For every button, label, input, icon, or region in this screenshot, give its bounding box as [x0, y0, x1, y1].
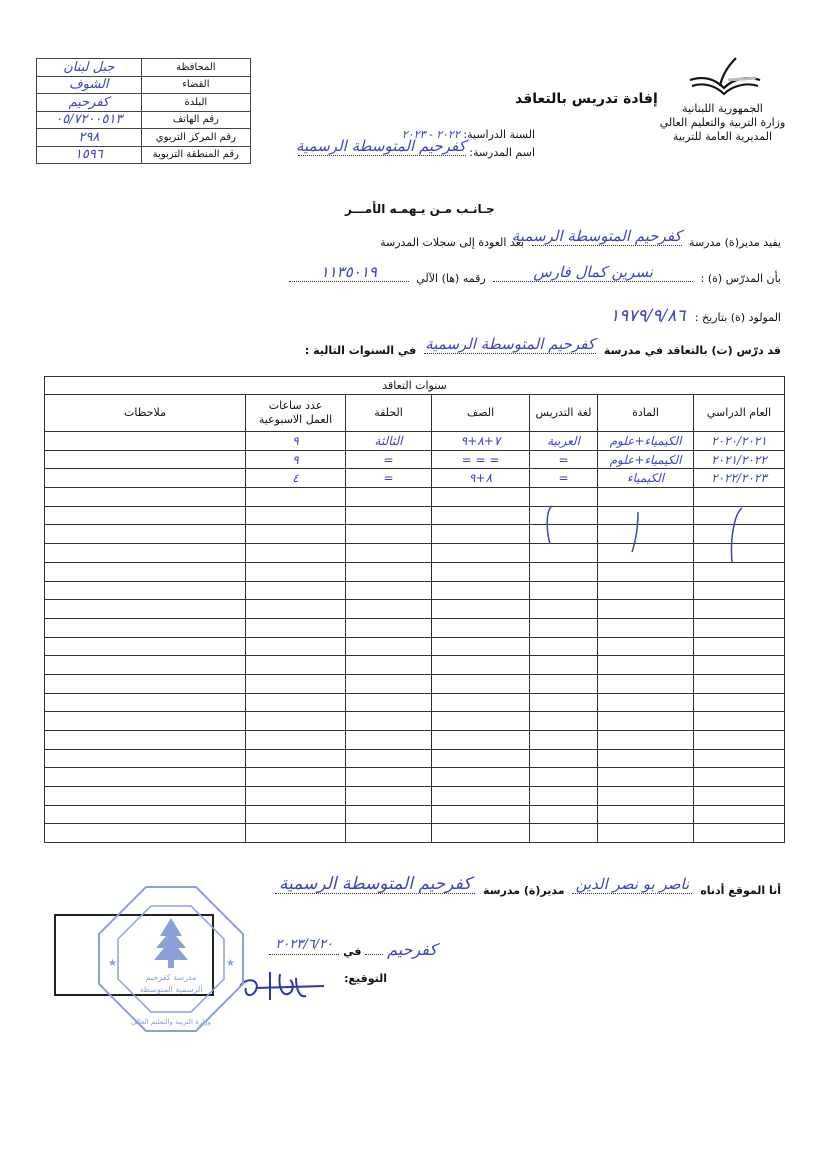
ministry-book-logo-icon	[688, 56, 762, 100]
empty-cell	[598, 805, 694, 824]
ministry-line: المديرية العامة للتربية	[640, 130, 805, 144]
cell-subject: الكيمياء	[598, 469, 694, 488]
empty-cell	[694, 618, 785, 637]
cell-subject: الكيمياء+علوم	[598, 450, 694, 469]
ministry-header: الجمهورية اللبنانية وزارة التربية والتعل…	[640, 102, 805, 144]
empty-cell	[246, 749, 346, 768]
ministry-line: وزارة التربية والتعليم العالي	[640, 116, 805, 130]
empty-cell	[432, 787, 530, 806]
ministry-line: الجمهورية اللبنانية	[640, 102, 805, 116]
empty-cell	[530, 805, 598, 824]
empty-cell	[45, 768, 246, 787]
empty-cell	[598, 749, 694, 768]
empty-cell	[45, 805, 246, 824]
empty-cell	[246, 525, 346, 544]
taught-at-line: قد درّس (ت) بالتعاقد في مدرسة كفرحيم الم…	[305, 342, 781, 357]
line4-school-value: كفرحيم المتوسطة الرسمية	[424, 335, 596, 353]
empty-cell	[246, 731, 346, 750]
empty-cell	[530, 787, 598, 806]
empty-cell	[598, 656, 694, 675]
empty-cell	[598, 787, 694, 806]
table-row-empty	[45, 693, 785, 712]
director-label: مدير(ة) مدرسة	[483, 884, 565, 897]
empty-cell	[598, 581, 694, 600]
col-header-year: العام الدراسي	[694, 395, 785, 432]
empty-cell	[246, 805, 346, 824]
empty-cell	[432, 712, 530, 731]
line1-school-value: كفرحيم المتوسطة الرسمية	[532, 227, 682, 245]
empty-cell	[432, 637, 530, 656]
empty-cell	[45, 525, 246, 544]
teacher-name-field: نسرين كمال فارس	[493, 270, 693, 282]
empty-cell	[45, 693, 246, 712]
empty-cell	[694, 637, 785, 656]
empty-cell	[346, 506, 432, 525]
empty-cell	[346, 544, 432, 563]
teacher-line: بأن المدرّس (ة) : نسرين كمال فارس رقمه (…	[285, 270, 781, 285]
empty-cell	[45, 731, 246, 750]
empty-cell	[694, 787, 785, 806]
table-row-empty	[45, 637, 785, 656]
info-value: ٠٥/٧٢٠٠٥١٣	[37, 111, 142, 129]
info-row-phone: رقم الهاتف ٠٥/٧٢٠٠٥١٣	[37, 111, 251, 129]
cell-cycle: الثالثة	[346, 432, 432, 451]
table-row-empty	[45, 787, 785, 806]
signer-prefix: أنا الموقع أدناه	[700, 884, 781, 897]
info-label: رقم الهاتف	[141, 111, 250, 129]
empty-cell	[530, 731, 598, 750]
concern-heading: جـانـب مـن يـهمـه الأمـــر	[345, 202, 495, 216]
signer-name-field: ناصر بو نصر الدين	[572, 882, 692, 894]
cell-class: ٧+٨+٩	[432, 432, 530, 451]
line4-school-field: كفرحيم المتوسطة الرسمية	[424, 342, 596, 354]
empty-cell	[694, 731, 785, 750]
empty-cell	[45, 787, 246, 806]
cell-notes	[45, 469, 246, 488]
empty-cell	[694, 805, 785, 824]
empty-cell	[346, 581, 432, 600]
empty-cell	[346, 525, 432, 544]
empty-cell	[246, 656, 346, 675]
empty-cell	[530, 824, 598, 843]
place-dots	[365, 943, 383, 955]
teacher-number-field: ١١٣٥٠١٩	[289, 270, 409, 282]
empty-cell	[45, 824, 246, 843]
empty-cell	[346, 712, 432, 731]
cell-year: ٢٠٢١/٢٠٢٢	[694, 450, 785, 469]
empty-cell	[598, 824, 694, 843]
empty-cell	[246, 637, 346, 656]
line1-suffix: بعد العودة إلى سجلات المدرسة	[380, 236, 524, 249]
empty-cell	[530, 656, 598, 675]
empty-cell	[598, 693, 694, 712]
table-row-empty	[45, 731, 785, 750]
teacher-name-value: نسرين كمال فارس	[493, 263, 693, 281]
empty-cell	[530, 618, 598, 637]
cell-year: ٢٠٢٠/٢٠٢١	[694, 432, 785, 451]
empty-cell	[45, 749, 246, 768]
info-label: البلدة	[141, 94, 250, 112]
empty-cell	[346, 562, 432, 581]
empty-cell	[530, 693, 598, 712]
empty-cell	[530, 581, 598, 600]
cell-notes	[45, 432, 246, 451]
empty-cell	[432, 544, 530, 563]
empty-cell	[432, 600, 530, 619]
empty-cell	[346, 488, 432, 507]
empty-cell	[346, 768, 432, 787]
empty-cell	[432, 731, 530, 750]
info-value: ١٥٩٦	[37, 146, 142, 164]
table-row-empty	[45, 674, 785, 693]
empty-cell	[694, 600, 785, 619]
empty-cell	[45, 581, 246, 600]
empty-cell	[432, 656, 530, 675]
empty-cell	[45, 562, 246, 581]
line2-prefix: بأن المدرّس (ة) :	[701, 272, 781, 285]
svg-text:★: ★	[108, 958, 117, 969]
cell-cycle: =	[346, 450, 432, 469]
cell-hours: ٩	[246, 432, 346, 451]
date-value: ٢٠٢٣/٦/٢٠	[269, 936, 339, 954]
info-label: المحافظة	[141, 59, 250, 77]
signer-name-value: ناصر بو نصر الدين	[572, 875, 692, 893]
table-header-row: العام الدراسي المادة لغة التدريس الصف ال…	[45, 395, 785, 432]
table-row-empty	[45, 600, 785, 619]
empty-cell	[432, 674, 530, 693]
empty-cell	[246, 600, 346, 619]
cell-notes	[45, 450, 246, 469]
table-row-empty	[45, 805, 785, 824]
empty-cell	[45, 712, 246, 731]
col-header-hours: عدد ساعات العمل الاسبوعية	[246, 395, 346, 432]
stamp-line-1: مدرسة كفرحيم	[146, 973, 197, 982]
school-name-value: كفرحيم المتوسطة الرسمية	[298, 137, 466, 155]
empty-cell	[432, 488, 530, 507]
info-label: رقم المنطقة التربوية	[141, 146, 250, 164]
table-row-empty	[45, 581, 785, 600]
cell-language: العربية	[530, 432, 598, 451]
empty-cell	[598, 600, 694, 619]
empty-cell	[246, 544, 346, 563]
info-row-governorate: المحافظة جبل لبنان	[37, 59, 251, 77]
director-statement-line: يفيد مدير(ة) مدرسة كفرحيم المتوسطة الرسم…	[380, 234, 781, 249]
empty-cell	[530, 712, 598, 731]
document-title: إفادة تدريس بالتعاقد	[515, 91, 658, 107]
empty-cell	[246, 488, 346, 507]
empty-cell	[45, 600, 246, 619]
line4-suffix: في السنوات التالية :	[305, 344, 416, 357]
cell-hours: ٩	[246, 450, 346, 469]
info-row-region-number: رقم المنطقة التربوية ١٥٩٦	[37, 146, 251, 164]
line4-prefix: قد درّس (ت) بالتعاقد في مدرسة	[604, 344, 781, 357]
empty-cell	[598, 674, 694, 693]
empty-cell	[694, 581, 785, 600]
signature-label: التوقيع:	[344, 972, 387, 985]
empty-cell	[432, 768, 530, 787]
info-label: القضاء	[141, 76, 250, 94]
table-row-empty	[45, 656, 785, 675]
cell-cycle: =	[346, 469, 432, 488]
empty-cell	[246, 506, 346, 525]
empty-cell	[246, 581, 346, 600]
empty-cell	[45, 488, 246, 507]
line1-prefix: يفيد مدير(ة) مدرسة	[689, 236, 781, 249]
empty-cell	[45, 656, 246, 675]
empty-cell	[432, 581, 530, 600]
signature-line: التوقيع:	[344, 972, 387, 985]
stamp-ring-text: وزارة التربية والتعليم العالي	[131, 1018, 211, 1026]
col-header-subject: المادة	[598, 395, 694, 432]
info-row-center-number: رقم المركز التربوي ٢٩٨	[37, 129, 251, 147]
empty-cell	[694, 656, 785, 675]
empty-cell	[346, 618, 432, 637]
contract-years-table: سنوات التعاقد العام الدراسي المادة لغة ا…	[44, 376, 785, 843]
school-name-field: كفرحيم المتوسطة الرسمية	[298, 144, 466, 156]
academic-year-label: السنة الدراسية:	[463, 128, 535, 141]
info-row-district: القضاء الشوف	[37, 76, 251, 94]
empty-cell	[530, 749, 598, 768]
stamp-line-2: الرسمية المتوسطة	[139, 985, 202, 994]
col-header-notes: ملاحظات	[45, 395, 246, 432]
birth-date-line: المولود (ة) بتاريخ : ١٩٧٩/٩/٨٦	[610, 306, 781, 326]
empty-cell	[346, 805, 432, 824]
empty-cell	[45, 637, 246, 656]
empty-cell	[45, 544, 246, 563]
info-label: رقم المركز التربوي	[141, 129, 250, 147]
empty-cell	[346, 824, 432, 843]
empty-cell	[694, 749, 785, 768]
table-row: ٢٠٢١/٢٠٢٢ الكيمياء+علوم = = = = = ٩	[45, 450, 785, 469]
table-caption: سنوات التعاقد	[45, 377, 785, 395]
empty-cell	[346, 787, 432, 806]
cell-language: =	[530, 450, 598, 469]
empty-cell	[694, 693, 785, 712]
empty-cell	[246, 787, 346, 806]
empty-cell	[346, 749, 432, 768]
empty-cell	[346, 600, 432, 619]
empty-cell	[432, 749, 530, 768]
col-header-class: الصف	[432, 395, 530, 432]
empty-cell	[432, 562, 530, 581]
handwritten-signature-icon	[236, 966, 328, 1006]
empty-cell	[598, 618, 694, 637]
empty-cell	[346, 731, 432, 750]
empty-cell	[694, 824, 785, 843]
cell-class: = = =	[432, 450, 530, 469]
empty-cell	[432, 693, 530, 712]
info-value: كفرحيم	[37, 94, 142, 112]
empty-cell	[346, 674, 432, 693]
cell-subject: الكيمياء+علوم	[598, 432, 694, 451]
empty-cell	[246, 712, 346, 731]
col-header-cycle: الحلقة	[346, 395, 432, 432]
empty-cell	[432, 506, 530, 525]
date-field: ٢٠٢٣/٦/٢٠	[269, 943, 339, 955]
location-info-table: المحافظة جبل لبنان القضاء الشوف البلدة ك…	[36, 58, 251, 164]
info-value: الشوف	[37, 76, 142, 94]
empty-cell	[598, 637, 694, 656]
cell-language: =	[530, 469, 598, 488]
info-value: جبل لبنان	[37, 59, 142, 77]
place-value: كفرحيم	[387, 940, 437, 959]
empty-cell	[694, 674, 785, 693]
empty-cell	[346, 637, 432, 656]
teacher-number-value: ١١٣٥٠١٩	[289, 263, 409, 281]
empty-cell	[346, 693, 432, 712]
table-row: ٢٠٢٢/٢٠٢٣ الكيمياء = ٨+٩ = ٤	[45, 469, 785, 488]
empty-cell	[246, 674, 346, 693]
school-name-label: اسم المدرسة:	[469, 146, 535, 159]
empty-cell	[598, 731, 694, 750]
empty-cell	[530, 674, 598, 693]
empty-cell	[598, 768, 694, 787]
director-school-value: كفرحيم المتوسطة الرسمية	[275, 875, 475, 893]
empty-cell	[432, 824, 530, 843]
empty-cell	[246, 618, 346, 637]
empty-cell	[694, 712, 785, 731]
table-row-empty	[45, 824, 785, 843]
line1-school-field: كفرحيم المتوسطة الرسمية	[532, 234, 682, 246]
info-row-town: البلدة كفرحيم	[37, 94, 251, 112]
cell-class: ٨+٩	[432, 469, 530, 488]
cell-year: ٢٠٢٢/٢٠٢٣	[694, 469, 785, 488]
ditto-strokes-icon	[530, 500, 790, 580]
birth-date-value: ١٩٧٩/٩/٨٦	[610, 306, 685, 326]
empty-cell	[45, 506, 246, 525]
date-label: في	[343, 945, 361, 958]
empty-cell	[45, 674, 246, 693]
col-header-language: لغة التدريس	[530, 395, 598, 432]
director-school-field: كفرحيم المتوسطة الرسمية	[275, 882, 475, 894]
empty-cell	[432, 618, 530, 637]
empty-cell	[246, 693, 346, 712]
table-row-empty	[45, 768, 785, 787]
school-stamp-icon: مدرسة كفرحيم الرسمية المتوسطة وزارة التر…	[96, 884, 246, 1034]
signer-line: أنا الموقع أدناه ناصر بو نصر الدين مدير(…	[271, 882, 781, 897]
svg-text:★: ★	[226, 958, 235, 969]
empty-cell	[346, 656, 432, 675]
line2-number-label: رقمه (ها) الآلي	[416, 272, 485, 285]
empty-cell	[45, 618, 246, 637]
empty-cell	[598, 712, 694, 731]
school-name-line: اسم المدرسة: كفرحيم المتوسطة الرسمية	[298, 144, 535, 159]
cell-hours: ٤	[246, 469, 346, 488]
info-value: ٢٩٨	[37, 129, 142, 147]
empty-cell	[530, 768, 598, 787]
empty-cell	[694, 768, 785, 787]
place-date-line: كفرحيم في ٢٠٢٣/٦/٢٠	[269, 940, 437, 959]
empty-cell	[530, 600, 598, 619]
empty-cell	[432, 525, 530, 544]
table-row: ٢٠٢٠/٢٠٢١ الكيمياء+علوم العربية ٧+٨+٩ ال…	[45, 432, 785, 451]
empty-cell	[246, 824, 346, 843]
table-row-empty	[45, 618, 785, 637]
empty-cell	[530, 637, 598, 656]
empty-cell	[432, 805, 530, 824]
empty-cell	[246, 562, 346, 581]
empty-cell	[246, 768, 346, 787]
table-row-empty	[45, 712, 785, 731]
line3-label: المولود (ة) بتاريخ :	[695, 311, 781, 324]
table-row-empty	[45, 749, 785, 768]
